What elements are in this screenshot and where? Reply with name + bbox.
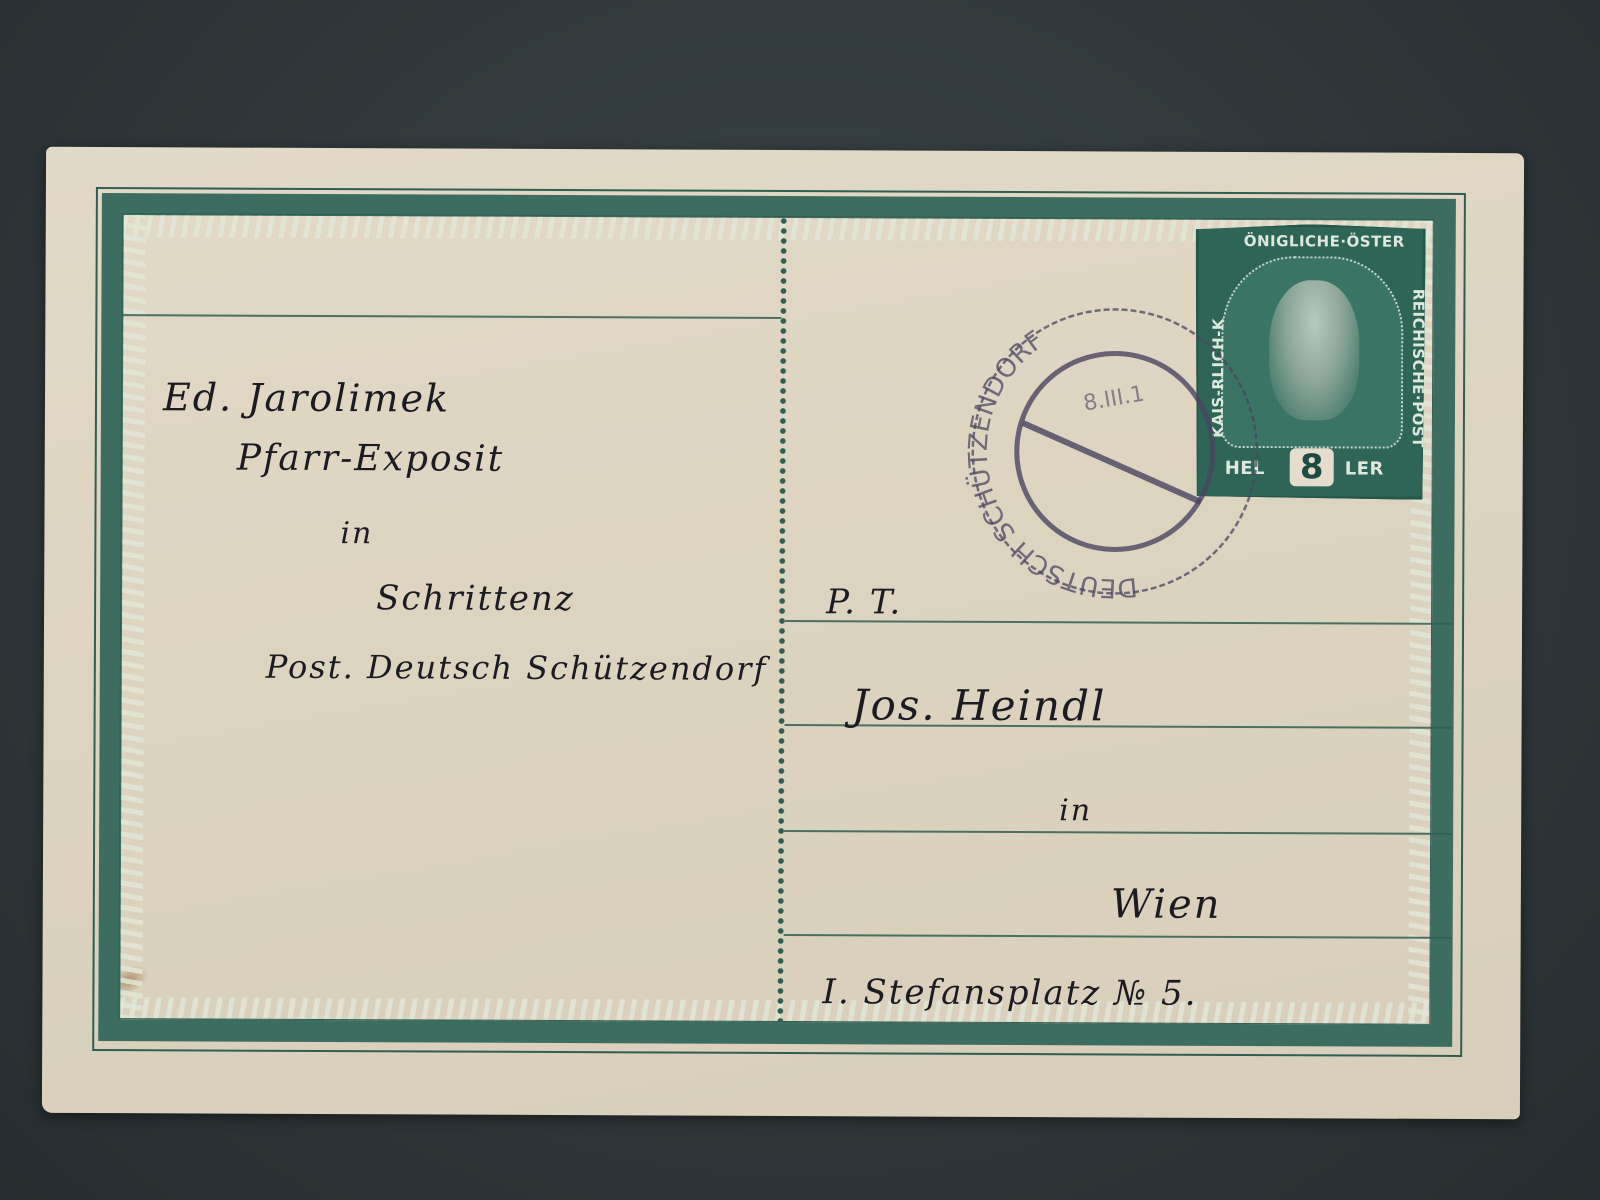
recipient-street: I. Stefansplatz № 5. (822, 972, 1197, 1014)
sender-town: Schrittenz (376, 578, 575, 619)
stamp-denom-right: LER (1345, 458, 1384, 479)
recipient-honorific: P. T. (826, 582, 902, 622)
sender-post-office: Post. Deutsch Schützendorf (266, 648, 768, 688)
postmark-date: 8.III.1 (1081, 382, 1146, 417)
emperor-portrait (1269, 280, 1360, 420)
svg-text:DEUTSCH SCHÜTZENDORF: DEUTSCH SCHÜTZENDORF (964, 315, 1141, 602)
postmark-cancel: DEUTSCH SCHÜTZENDORF 8.III.1 (964, 301, 1265, 602)
recipient-name: Jos. Heindl (852, 680, 1107, 730)
sender-title: Pfarr-Exposit (237, 438, 505, 480)
stamp-arc-text: ÖNIGLICHE·ÖSTER (1244, 232, 1405, 251)
stamp-value: 8 (1290, 448, 1334, 486)
postcard: Ed. Jarolimek Pfarr-Exposit in Schritten… (42, 147, 1524, 1119)
recipient-city: Wien (1111, 881, 1222, 927)
sender-in: in (340, 516, 373, 551)
recipient-in: in (1059, 793, 1092, 828)
sender-name: Ed. Jarolimek (163, 375, 450, 420)
postmark-town: DEUTSCH SCHÜTZENDORF (964, 315, 1141, 602)
